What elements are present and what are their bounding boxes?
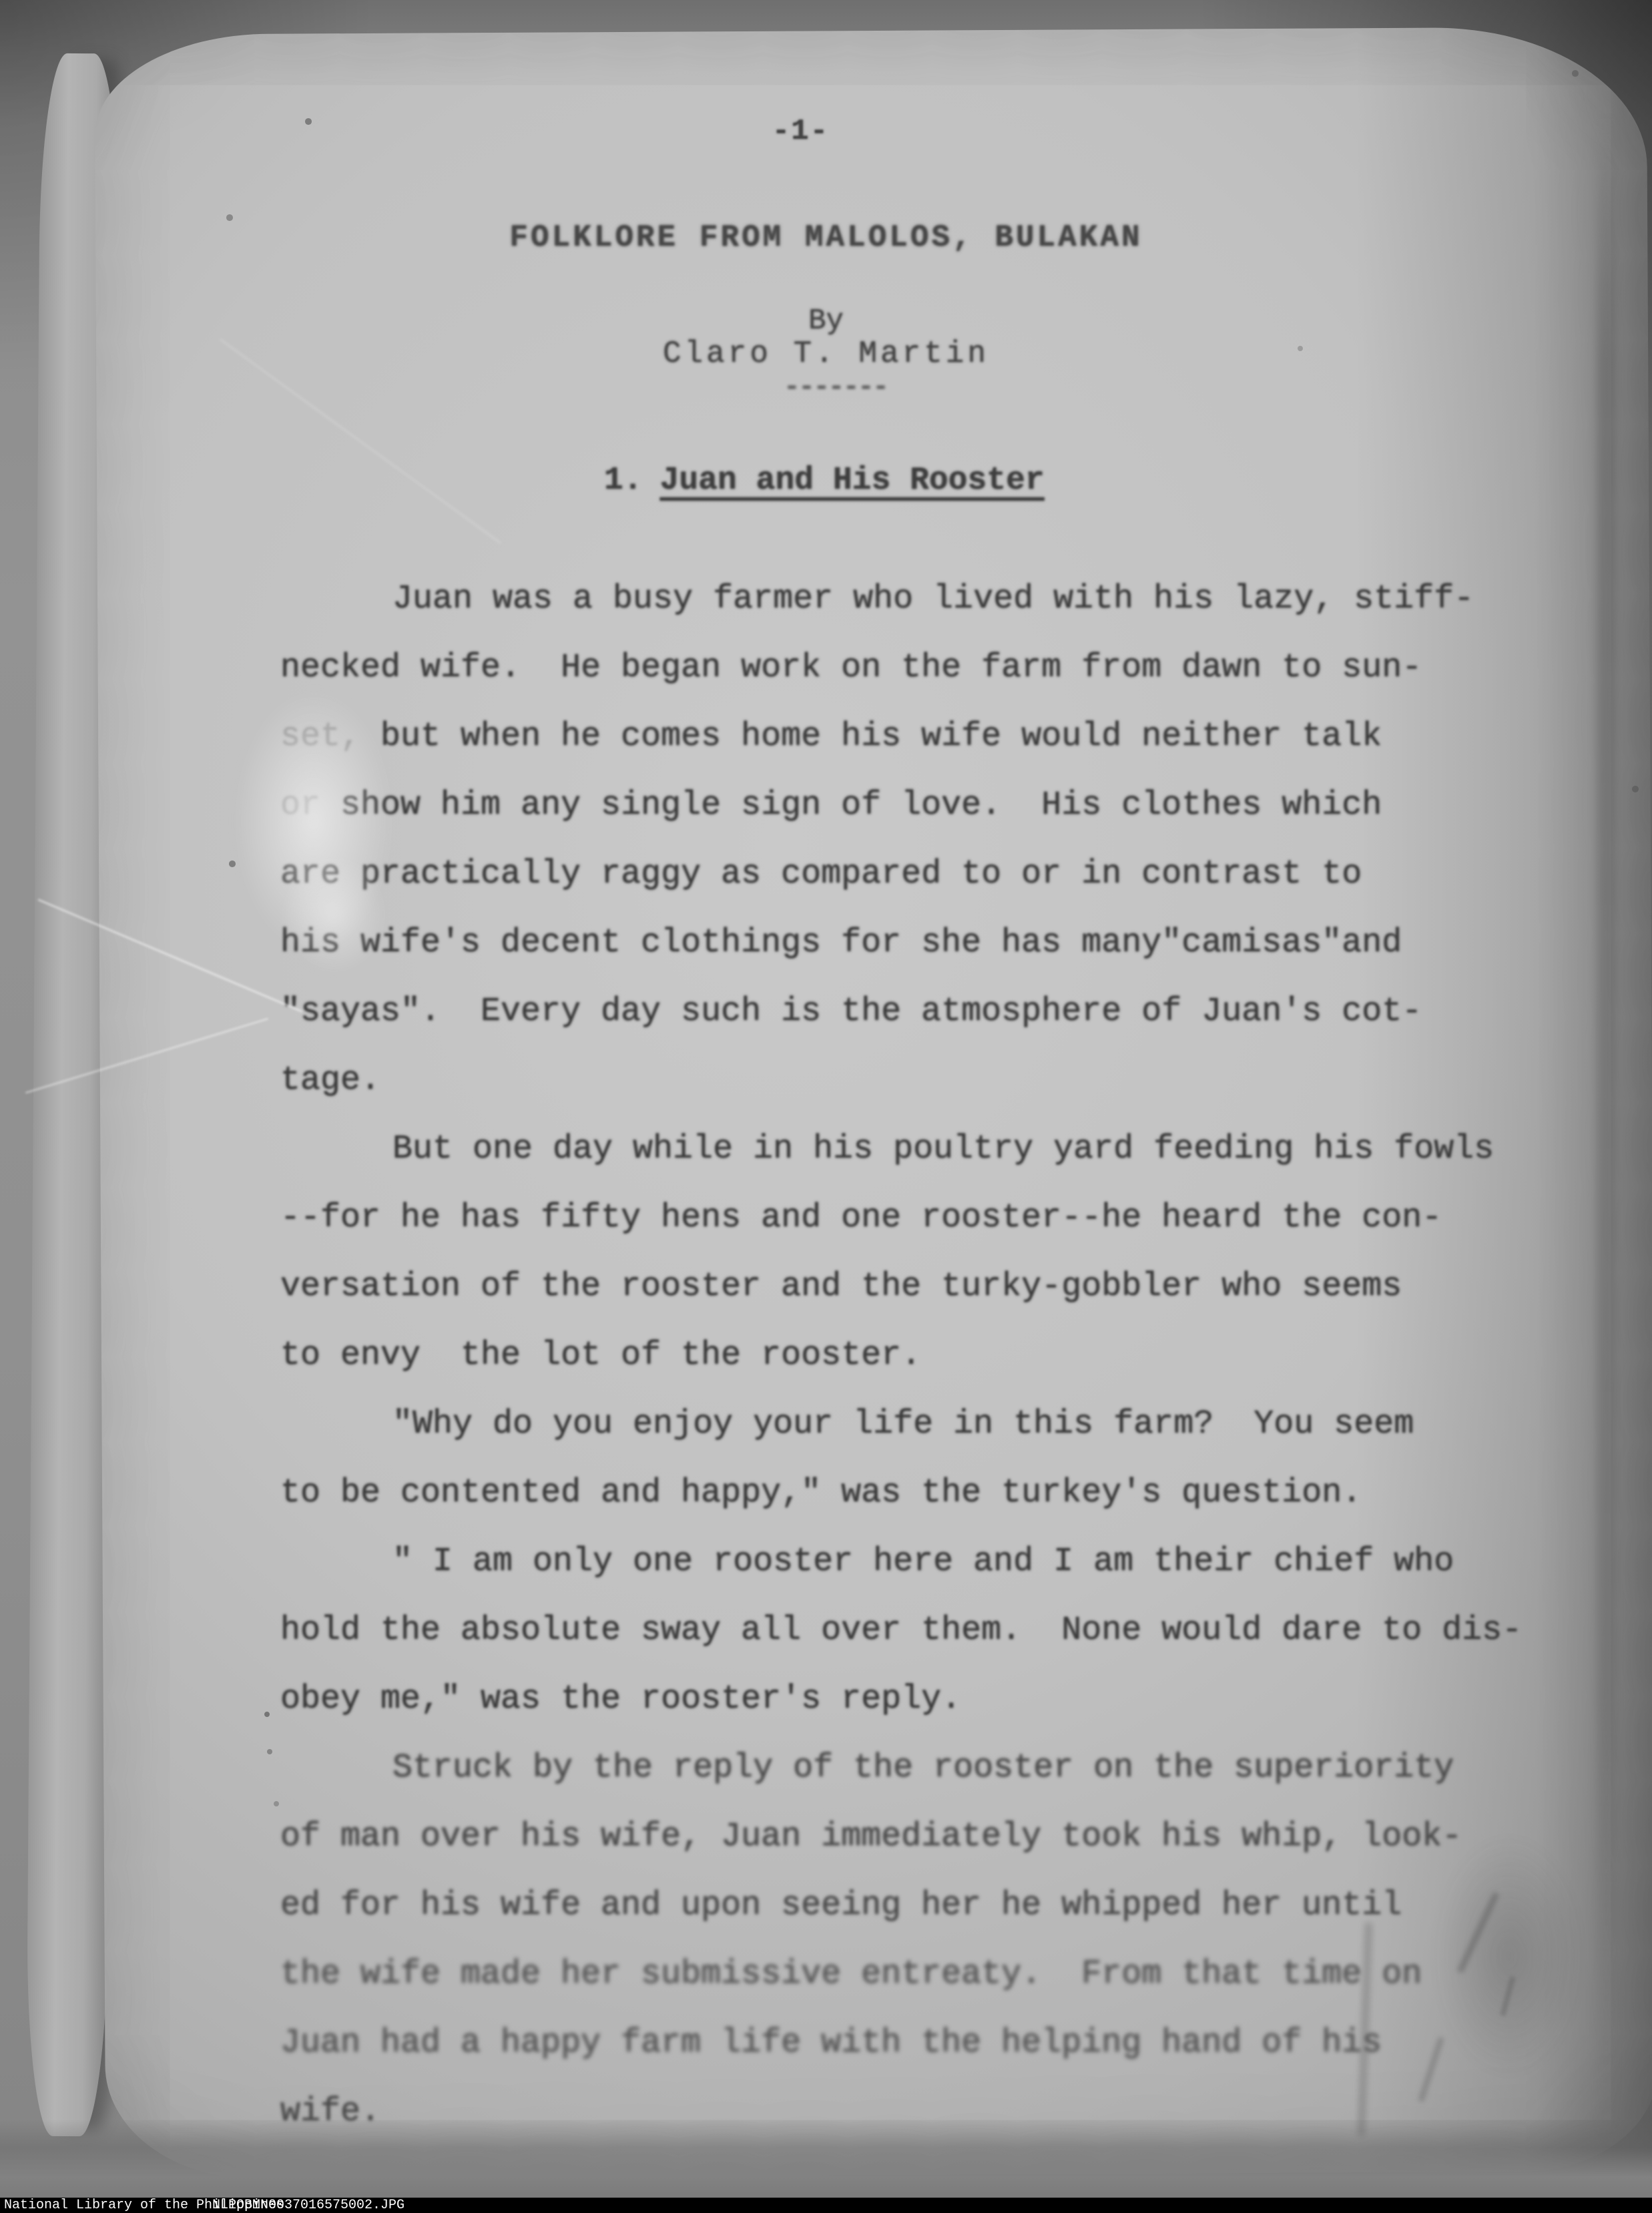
byline-prefix: By	[0, 304, 1652, 338]
text-line: Juan had a happy farm life with the help…	[280, 2009, 1522, 2077]
faded-text: or	[280, 786, 320, 824]
text-line: or show him any single sign of love. His…	[280, 771, 1522, 840]
text-line: his wife's decent clothings for she has …	[280, 909, 1522, 977]
footer-bar: National Library of the Philippines NLPO…	[0, 2198, 1652, 2213]
bottom-shadow-band	[0, 2120, 1652, 2200]
dust-specks	[0, 0, 3, 3]
faded-text: set,	[280, 718, 360, 756]
text-line: to be contented and happy," was the turk…	[280, 1459, 1522, 1527]
text-line: ed for his wife and upon seeing her he w…	[280, 1871, 1522, 1940]
text-line: set, but when he comes home his wife wou…	[280, 702, 1522, 771]
text-line: to envy the lot of the rooster.	[280, 1321, 1522, 1390]
text-line: Juan was a busy farmer who lived with hi…	[280, 565, 1522, 634]
line-text: but when he comes home his wife would ne…	[360, 718, 1382, 756]
line-text: show him any single sign of love. His cl…	[320, 786, 1382, 824]
text-line: of man over his wife, Juan immediately t…	[280, 1802, 1522, 1871]
scanned-page-photo: -1- FOLKLORE FROM MALOLOS, BULAKAN By Cl…	[0, 0, 1652, 2213]
paragraph-4: " I am only one rooster here and I am th…	[280, 1527, 1522, 1734]
text-line: "Why do you enjoy your life in this farm…	[280, 1390, 1522, 1459]
story-title: Juan and His Rooster	[660, 463, 1045, 499]
text-line: obey me," was the rooster's reply.	[280, 1665, 1522, 1734]
text-line: --for he has fifty hens and one rooster-…	[280, 1184, 1522, 1252]
paragraph-3: "Why do you enjoy your life in this farm…	[280, 1390, 1522, 1527]
image-filename: NLPOBMN0037016575002.JPG	[212, 2198, 404, 2213]
text-line: versation of the rooster and the turky-g…	[280, 1252, 1522, 1321]
text-line: But one day while in his poultry yard fe…	[280, 1115, 1522, 1184]
story-heading: 1.Juan and His Rooster	[604, 463, 1045, 499]
story-body: Juan was a busy farmer who lived with hi…	[280, 565, 1522, 2146]
author-name: Claro T. Martin	[0, 336, 1652, 371]
story-number: 1.	[604, 463, 643, 499]
text-line: " I am only one rooster here and I am th…	[280, 1527, 1522, 1596]
paragraph-5: Struck by the reply of the rooster on th…	[280, 1734, 1522, 2146]
author-underline: -------	[9, 371, 1652, 403]
paragraph-1: Juan was a busy farmer who lived with hi…	[280, 565, 1522, 1115]
text-line: Struck by the reply of the rooster on th…	[280, 1734, 1522, 1802]
text-line: are practically raggy as compared to or …	[280, 840, 1522, 909]
page-number: -1-	[0, 115, 1627, 148]
text-line: tage.	[280, 1046, 1522, 1115]
document-title: FOLKLORE FROM MALOLOS, BULAKAN	[0, 220, 1652, 255]
text-line: necked wife. He began work on the farm f…	[280, 634, 1522, 702]
text-line: hold the absolute sway all over them. No…	[280, 1596, 1522, 1665]
paragraph-2: But one day while in his poultry yard fe…	[280, 1115, 1522, 1390]
text-line: the wife made her submissive entreaty. F…	[280, 1940, 1522, 2009]
text-line: "sayas". Every day such is the atmospher…	[280, 977, 1522, 1046]
